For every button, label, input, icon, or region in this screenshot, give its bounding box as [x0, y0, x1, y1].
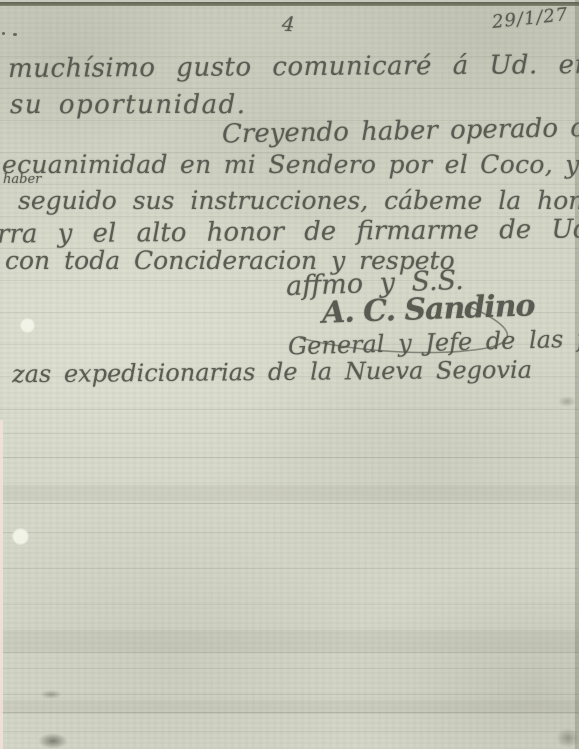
scan-streak	[0, 668, 579, 669]
scan-band	[0, 630, 579, 652]
scan-streak	[0, 503, 579, 504]
handwriting-line: su oportunidad.	[10, 90, 247, 120]
ink-speck	[13, 33, 17, 36]
handwriting-line: seguido sus instrucciones, cábeme la hon	[18, 186, 579, 215]
scan-streak	[0, 652, 579, 653]
scan-edge-top-dark	[0, 2, 579, 6]
scanned-letter-page: 4 29/1/27 muchísimo gusto comunicaré á U…	[0, 0, 579, 749]
scan-streak	[0, 409, 579, 410]
scan-band	[0, 485, 579, 501]
scan-streak	[0, 712, 579, 713]
scan-streak	[0, 457, 579, 458]
punch-hole	[20, 318, 35, 333]
ink-smudge	[38, 733, 68, 749]
signature-title-line: zas expedicionarias de la Nueva Segovia	[12, 356, 532, 389]
scan-streak	[0, 694, 579, 695]
scan-streak	[0, 604, 579, 605]
scan-edge-left	[0, 420, 3, 749]
handwriting-line: Creyendo haber operado con	[222, 113, 579, 150]
handwriting-line: rra y el alto honor de firmarme de Ud	[0, 214, 579, 249]
handwriting-line: muchísimo gusto comunicaré á Ud. en	[8, 50, 579, 84]
punch-hole	[12, 528, 29, 545]
scan-streak	[0, 433, 579, 434]
edge-smudge	[558, 396, 576, 407]
scan-streak	[0, 532, 579, 533]
ink-speck	[2, 32, 5, 35]
date-annotation: 29/1/27	[491, 4, 569, 33]
scan-streak	[0, 731, 579, 732]
signature: A. C. Sandino	[321, 288, 535, 330]
handwriting-line: ecuanimidad en mi Sendero por el Coco, y…	[2, 150, 579, 179]
scan-edge-right	[575, 0, 579, 749]
scan-streak	[0, 568, 579, 569]
ink-smudge	[40, 690, 62, 699]
page-number: 4	[281, 12, 295, 37]
interlinear-insert: haber	[3, 172, 41, 187]
